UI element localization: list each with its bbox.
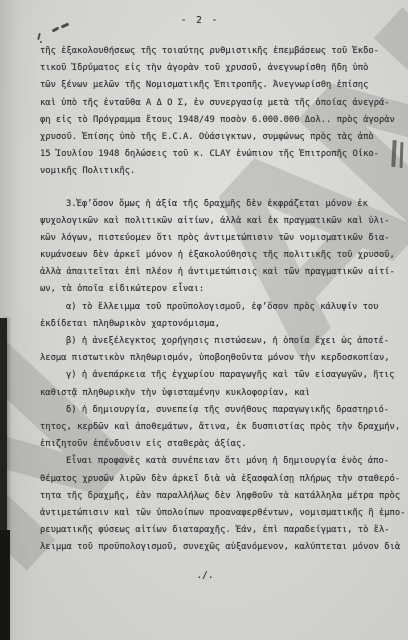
- paragraph: α) τὸ ἔλλειμμα τοῦ προϋπολογισμοῦ, ἐφ’ὅσ…: [40, 299, 388, 333]
- text-line: τικοῦ Ἱδρύματος εἰς τὴν ἀγορὰν τοῦ χρυσο…: [40, 60, 388, 77]
- scan-edge-corner: [0, 530, 10, 640]
- text-line: β) ἡ ἀνεξέλεγκτος χορήγησις πιστώσεων, ἡ…: [40, 333, 388, 350]
- text-line: λειμμα τοῦ προϋπολογισμοῦ, συνεχῶς αὐξαν…: [40, 539, 388, 556]
- text-line: ρευματικῆς φύσεως αἰτίων διαταραχῆς. Ἐάν…: [40, 522, 388, 539]
- paragraph: Εἶναι προφανὲς κατὰ συνέπειαν ὅτι μόνη ἡ…: [40, 453, 388, 556]
- page-number: - 2 -: [0, 15, 400, 26]
- paragraph: δ) ἡ δημιουργία, συνεπείᾳ τῆς συνήθους π…: [40, 402, 388, 454]
- paragraph: 3.Ἐφ’ὅσον ὅμως ἡ ἀξία τῆς δραχμῆς δὲν ἐκ…: [40, 196, 388, 299]
- binding-mark-icon: [400, 142, 404, 168]
- continuation-mark: ./.: [40, 567, 370, 584]
- pencil-annotation: [52, 27, 60, 33]
- text-line: δ) ἡ δημιουργία, συνεπείᾳ τῆς συνήθους π…: [40, 402, 388, 419]
- binding-mark-icon: [391, 140, 396, 167]
- text-line: νομικῆς Πολιτικῆς.: [40, 163, 388, 180]
- text-line: τῶν ξένων μελῶν τῆς Νομισματικῆς Ἐπιτροπ…: [40, 77, 388, 94]
- pencil-annotation: [37, 33, 41, 40]
- scanned-document-page: ΝΑΝ - 2 - τῆς ἐξακολουθήσεως τῆς τοιαύτη…: [0, 0, 408, 640]
- text-line: ων, τὰ ὁποῖα εἰδικώτερον εἶναι:: [40, 281, 388, 298]
- text-line: φη εἰς τὸ Πρόγραμμα ἔτους 1948/49 ποσὸν …: [40, 112, 388, 129]
- text-line: ἀντιμετώπισιν καὶ τῶν ὑπολοίπων προαναφε…: [40, 505, 388, 522]
- text-line: ἀλλὰ ἀπαιτεῖται ἐπὶ πλέον ἡ ἀντιμετώπισι…: [40, 264, 388, 281]
- text-line: θέματος χρυσῶν λιρῶν δὲν ἀρκεῖ διὰ νὰ ἐξ…: [40, 471, 388, 488]
- text-line: χρυσοῦ. Ἐπίσης ὑπὸ τῆς E.C.A. Οὐάσιγκτων…: [40, 129, 388, 146]
- paragraph: β) ἡ ἀνεξέλεγκτος χορήγησις πιστώσεων, ἡ…: [40, 333, 388, 367]
- text-line: 3.Ἐφ’ὅσον ὅμως ἡ ἀξία τῆς δραχμῆς δὲν ἐκ…: [40, 196, 388, 213]
- text-line: 15 Ἰουλίου 1948 δηλώσεις τοῦ κ. CLAY ἐνώ…: [40, 146, 388, 163]
- text-line: ψυχολογικῶν καὶ πολιτικῶν αἰτίων, ἀλλὰ κ…: [40, 213, 388, 230]
- text-line: τῆς ἐξακολουθήσεως τῆς τοιαύτης ρυθμιστι…: [40, 43, 388, 60]
- text-line: τητα τῆς δραχμῆς, ἐὰν παραλλήλως δὲν ληφ…: [40, 488, 388, 505]
- text-line: α) τὸ ἔλλειμμα τοῦ προϋπολογισμοῦ, ἐφ’ὅσ…: [40, 299, 388, 316]
- text-line: ἐκδίδεται πληθωρικὸν χαρτονόμισμα,: [40, 316, 388, 333]
- document-body: τῆς ἐξακολουθήσεως τῆς τοιαύτης ρυθμιστι…: [40, 43, 388, 585]
- text-line: κῶν λόγων, πιστεύομεν ὅτι πρὸς ἀντιμετώπ…: [40, 230, 388, 247]
- text-line: γ) ἡ ἀνεπάρκεια τῆς ἐγχωρίου παραγωγῆς κ…: [40, 367, 388, 384]
- paragraph: τῆς ἐξακολουθήσεως τῆς τοιαύτης ρυθμιστι…: [40, 43, 388, 181]
- text-line: λεσμα πιστωτικὸν πληθωρισμόν, ὑποβοηθοῦν…: [40, 350, 388, 367]
- text-line: καθιστᾷ πληθωρικὴν τὴν ὑφισταμένην κυκλο…: [40, 385, 388, 402]
- text-line: τητος, κερδῶν καὶ ἀποθεμάτων, ἅτινα, ἐκ …: [40, 419, 388, 436]
- paragraph: γ) ἡ ἀνεπάρκεια τῆς ἐγχωρίου παραγωγῆς κ…: [40, 367, 388, 401]
- text-line: Εἶναι προφανὲς κατὰ συνέπειαν ὅτι μόνη ἡ…: [40, 453, 388, 470]
- text-line: καὶ ὑπὸ τῆς ἐνταῦθα Α Δ Ο Σ, ἐν συνεργασ…: [40, 95, 388, 112]
- text-line: κυμάνσεων δὲν ἀρκεῖ μόνον ἡ ἐξακολούθησι…: [40, 247, 388, 264]
- text-line: ἐπιζητοῦν ἐπένδυσιν εἰς σταθερὰς ἀξίας.: [40, 436, 388, 453]
